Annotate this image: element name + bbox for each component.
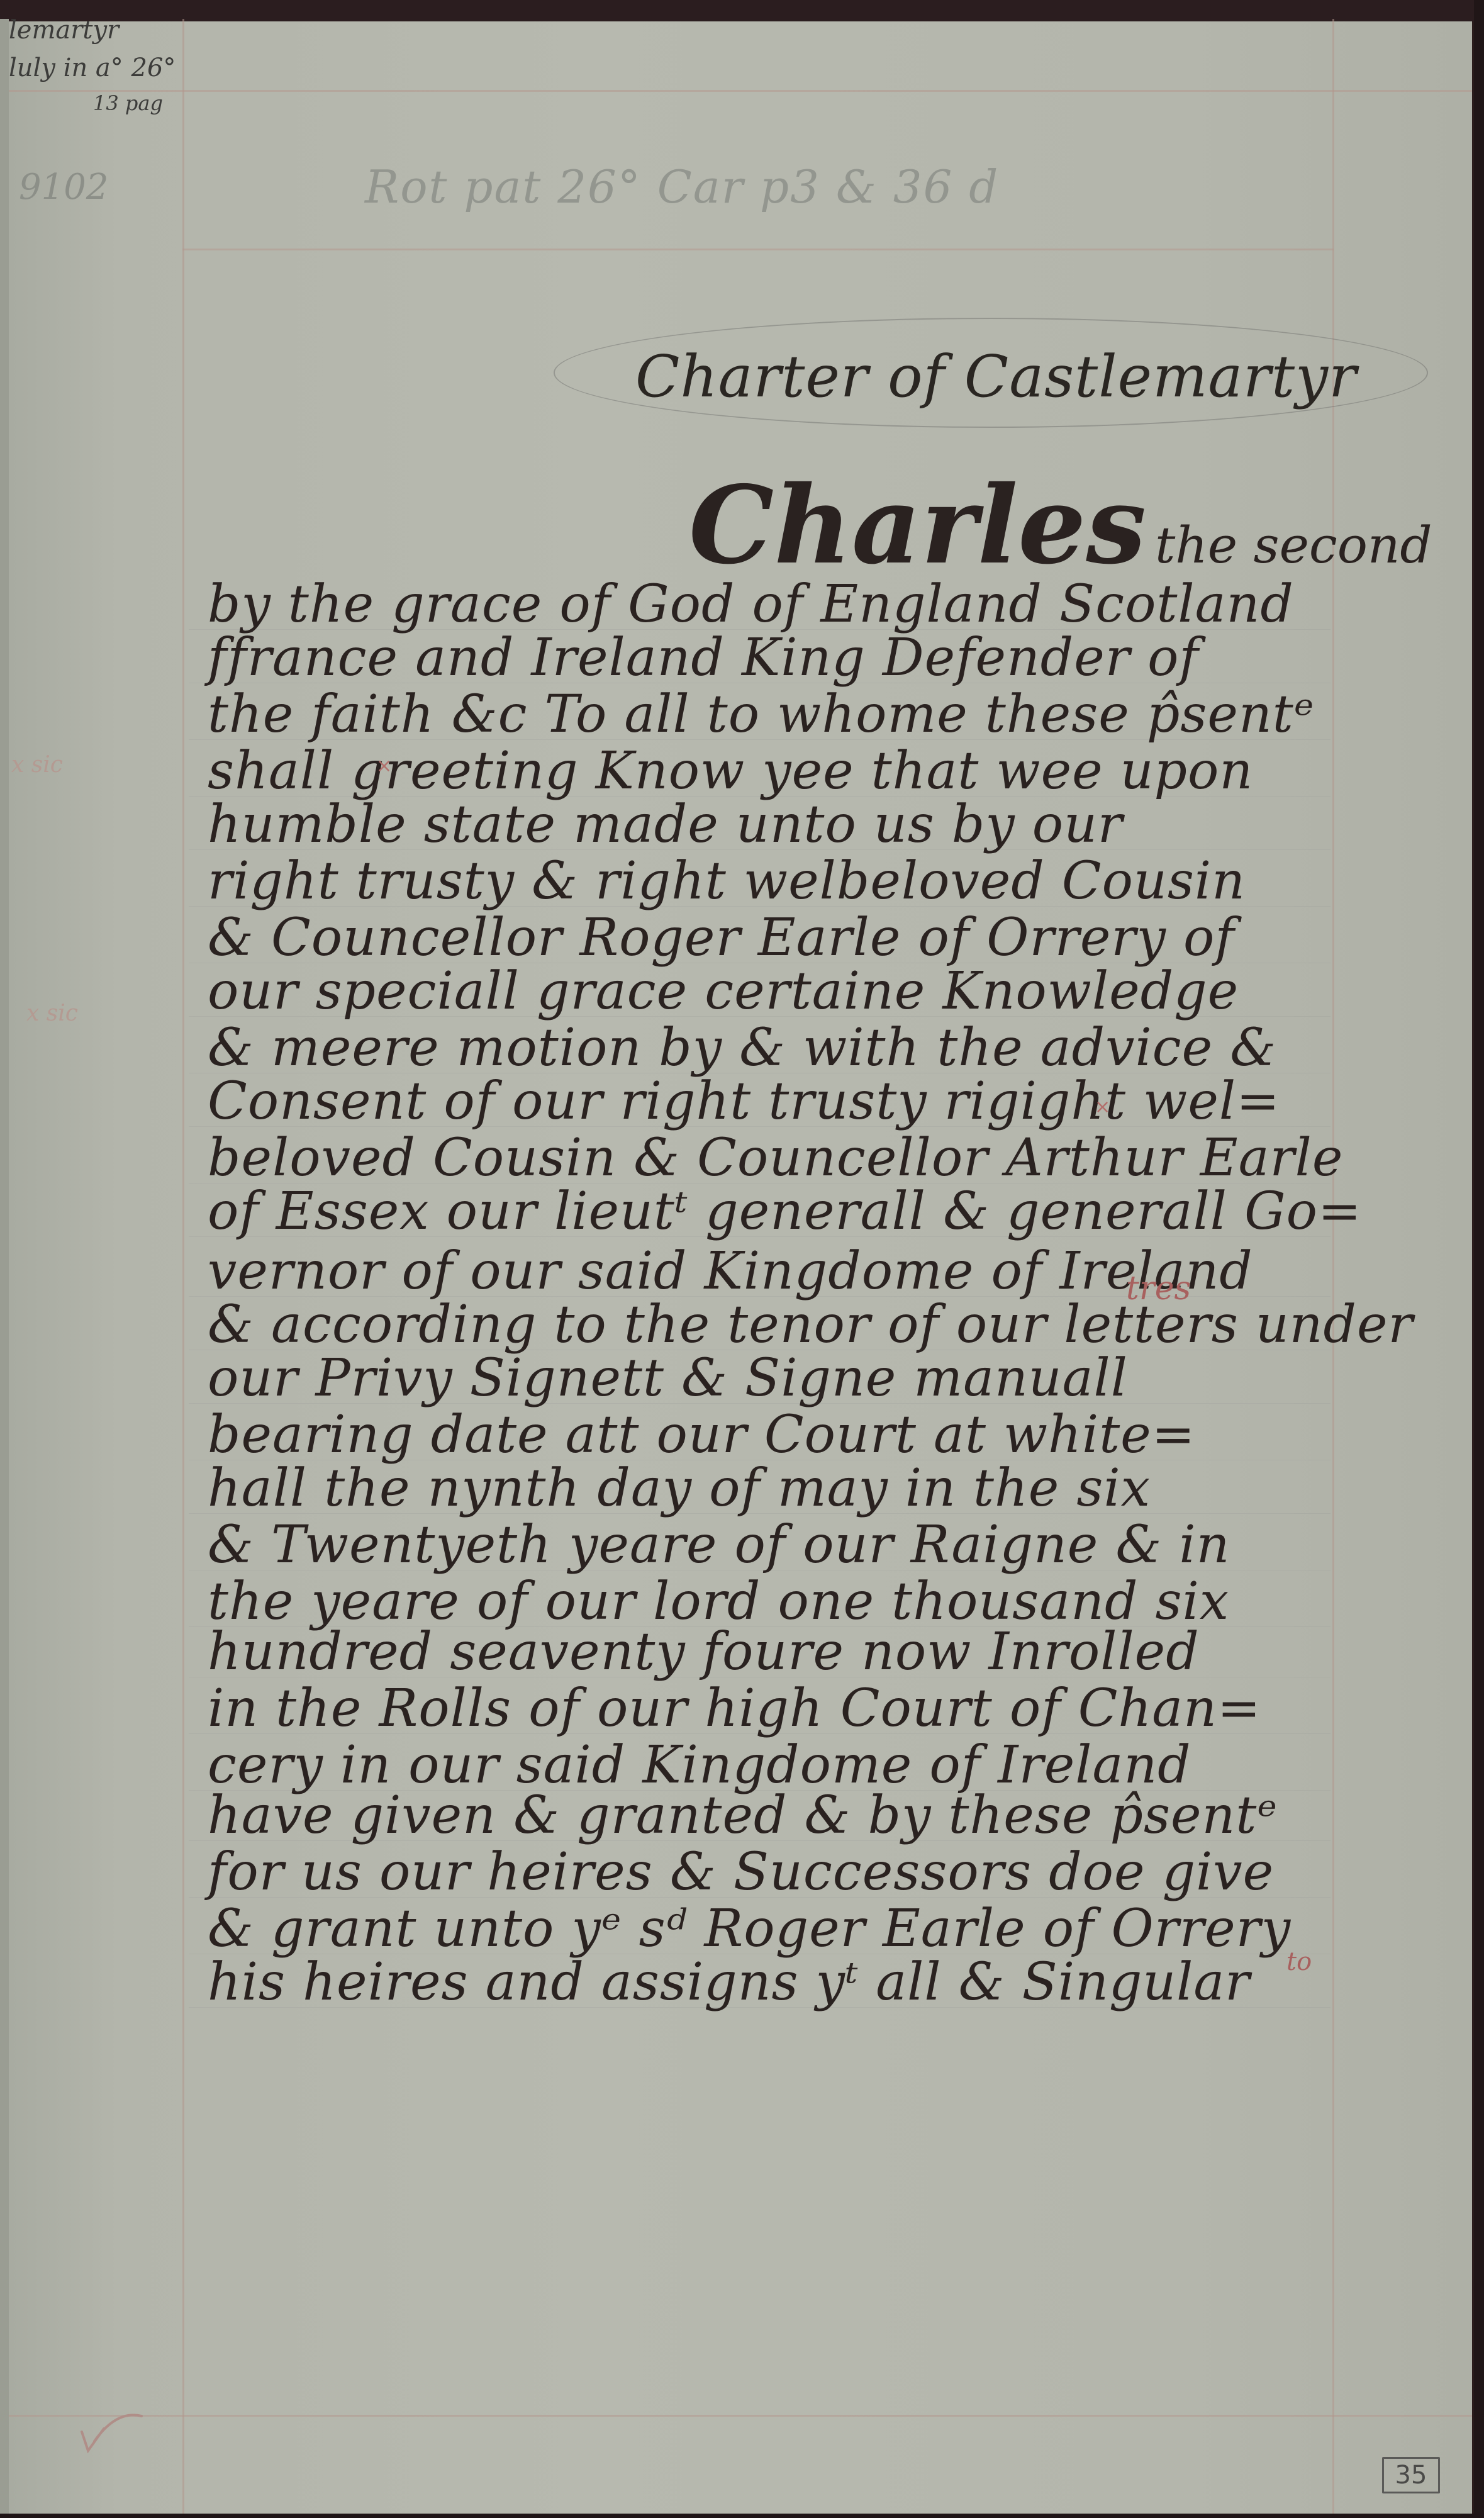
opening-rest: the second	[1155, 516, 1432, 574]
text-line: in the Rolls of our high Court of Chan=	[208, 1683, 1340, 1735]
page-number: 35	[1382, 2457, 1440, 2493]
text-line: beloved Cousin & Councellor Arthur Earle	[208, 1133, 1340, 1184]
book-right-edge	[1474, 0, 1484, 2518]
red-x-mark: ×	[1095, 1096, 1110, 1118]
page-left-edge	[0, 19, 9, 2517]
text-line: & Twentyeth yeare of our Raigne & in	[208, 1519, 1340, 1571]
text-line: of Essex our lieutᵗ generall & generall …	[208, 1186, 1340, 1238]
red-x-mark: ×	[376, 755, 392, 777]
margin-pencil-note: 9102	[19, 170, 109, 205]
margin-note-line-2: luly in a° 26°	[9, 55, 176, 81]
text-line: his heires and assigns yᵗ all & Singular	[208, 1957, 1340, 2008]
sic-note-2: x sic	[26, 1000, 78, 1026]
text-line: & grant unto yᵉ sᵈ Roger Earle of Orrery	[208, 1903, 1340, 1955]
header-ruled-line	[182, 249, 1334, 250]
margin-note-line-3: 13 pag	[93, 93, 163, 113]
opening-line: Charlesthe second	[689, 462, 1432, 588]
text-line: bearing date att our Court at white=	[208, 1409, 1340, 1461]
text-line: & Councellor Roger Earle of Orrery of	[208, 912, 1340, 964]
text-line: our speciall grace certaine Knowledge	[208, 966, 1340, 1017]
text-line: for us our heires & Successors doe give	[208, 1847, 1340, 1898]
text-line: the yeare of our lord one thousand six	[208, 1576, 1340, 1628]
pencil-reference-note: Rot pat 26° Car p3 & 36 d	[365, 160, 999, 213]
book-top-edge	[0, 0, 1484, 21]
red-insertion-to: to	[1286, 1947, 1312, 1976]
text-line: cery in our said Kingdome of Ireland	[208, 1740, 1340, 1791]
text-line: humble state made unto us by our	[208, 799, 1340, 851]
text-line: Consent of our right trusty rigight wel=	[208, 1076, 1340, 1128]
top-ruled-line	[9, 90, 1472, 92]
text-line: have given & granted & by these p̂sentᵉ	[208, 1790, 1340, 1842]
margin-note-line-1: lemartyr	[9, 18, 119, 43]
text-line: hundred seaventy foure now Inrolled	[208, 1626, 1340, 1678]
left-margin-line	[182, 19, 184, 2514]
sic-note-1: x sic	[11, 752, 63, 778]
text-line: by the grace of God of England Scotland	[208, 579, 1340, 630]
check-mark-icon	[79, 2403, 148, 2460]
text-line: ffrance and Ireland King Defender of	[208, 632, 1340, 684]
text-line: hall the nynth day of may in the six	[208, 1463, 1340, 1514]
document-title: Charter of Castlemartyr	[635, 343, 1357, 410]
text-line: the faith &c To all to whome these p̂sen…	[208, 689, 1340, 741]
red-insertion-tres: tres	[1126, 1270, 1191, 1307]
text-line: & meere motion by & with the advice &	[208, 1022, 1340, 1074]
bottom-ruled-line	[9, 2415, 1472, 2417]
opening-initial-word: Charles	[689, 462, 1146, 588]
text-line: right trusty & right welbeloved Cousin	[208, 856, 1340, 907]
book-bottom-edge	[0, 2514, 1484, 2518]
text-line: our Privy Signett & Signe manuall	[208, 1353, 1340, 1404]
